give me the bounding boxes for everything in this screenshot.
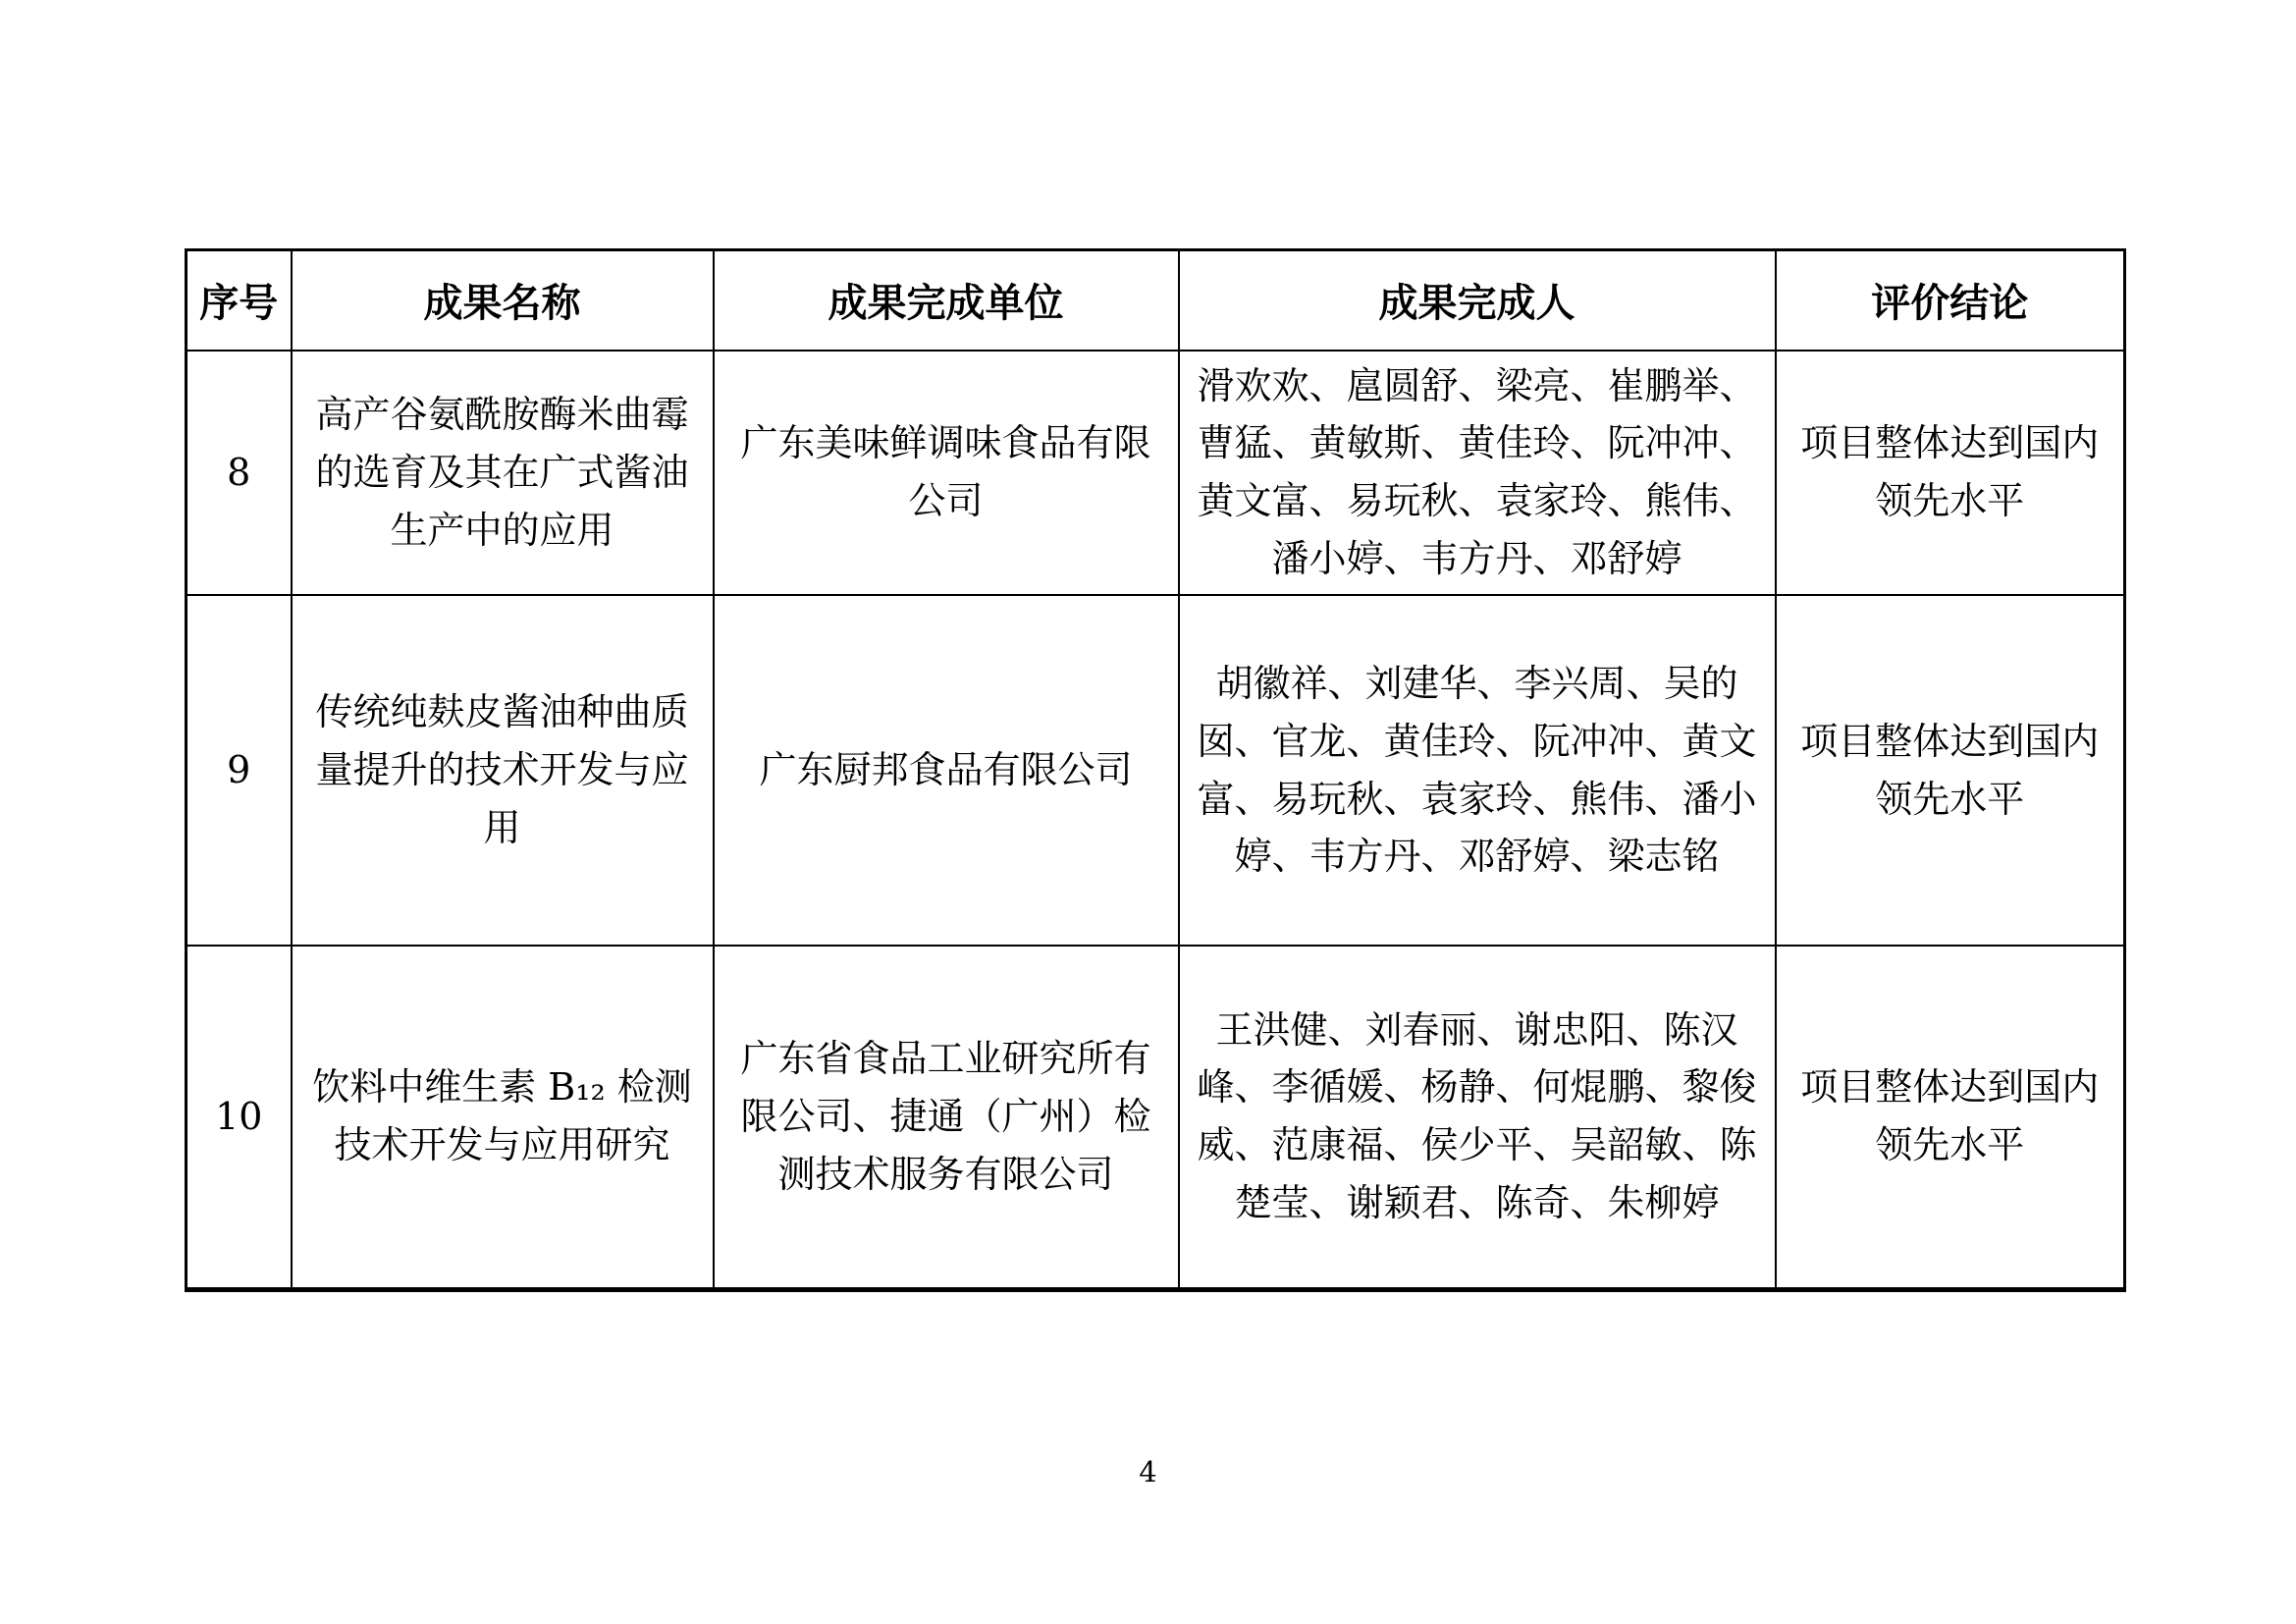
cell-conclusion: 项目整体达到国内领先水平 xyxy=(1776,946,2125,1289)
table-row: 9 传统纯麸皮酱油种曲质量提升的技术开发与应用 广东厨邦食品有限公司 胡徽祥、刘… xyxy=(187,595,2125,946)
cell-organization: 广东美味鲜调味食品有限公司 xyxy=(714,351,1179,596)
col-header-name: 成果名称 xyxy=(292,250,714,351)
col-header-index: 序号 xyxy=(187,250,292,351)
cell-contributors: 王洪健、刘春丽、谢忠阳、陈汉峰、李循媛、杨静、何焜鹏、黎俊威、范康福、侯少平、吴… xyxy=(1179,946,1776,1289)
results-table: 序号 成果名称 成果完成单位 成果完成人 评价结论 8 高产谷氨酰胺酶米曲霉的选… xyxy=(185,248,2126,1292)
cell-achievement-name: 高产谷氨酰胺酶米曲霉的选育及其在广式酱油生产中的应用 xyxy=(292,351,714,596)
page-number: 4 xyxy=(1139,1455,1156,1489)
cell-achievement-name: 饮料中维生素 B₁₂ 检测技术开发与应用研究 xyxy=(292,946,714,1289)
cell-index: 9 xyxy=(187,595,292,946)
cell-organization: 广东厨邦食品有限公司 xyxy=(714,595,1179,946)
cell-contributors: 滑欢欢、扈圆舒、梁亮、崔鹏举、曹猛、黄敏斯、黄佳玲、阮冲冲、黄文富、易玩秋、袁家… xyxy=(1179,351,1776,596)
cell-conclusion: 项目整体达到国内领先水平 xyxy=(1776,351,2125,596)
cell-conclusion: 项目整体达到国内领先水平 xyxy=(1776,595,2125,946)
table-header-row: 序号 成果名称 成果完成单位 成果完成人 评价结论 xyxy=(187,250,2125,351)
col-header-conclusion: 评价结论 xyxy=(1776,250,2125,351)
cell-organization: 广东省食品工业研究所有限公司、捷通（广州）检测技术服务有限公司 xyxy=(714,946,1179,1289)
cell-contributors: 胡徽祥、刘建华、李兴周、吴的囡、官龙、黄佳玲、阮冲冲、黄文富、易玩秋、袁家玲、熊… xyxy=(1179,595,1776,946)
col-header-org: 成果完成单位 xyxy=(714,250,1179,351)
table-row: 10 饮料中维生素 B₁₂ 检测技术开发与应用研究 广东省食品工业研究所有限公司… xyxy=(187,946,2125,1289)
table-row: 8 高产谷氨酰胺酶米曲霉的选育及其在广式酱油生产中的应用 广东美味鲜调味食品有限… xyxy=(187,351,2125,596)
cell-achievement-name: 传统纯麸皮酱油种曲质量提升的技术开发与应用 xyxy=(292,595,714,946)
cell-index: 10 xyxy=(187,946,292,1289)
col-header-people: 成果完成人 xyxy=(1179,250,1776,351)
cell-index: 8 xyxy=(187,351,292,596)
